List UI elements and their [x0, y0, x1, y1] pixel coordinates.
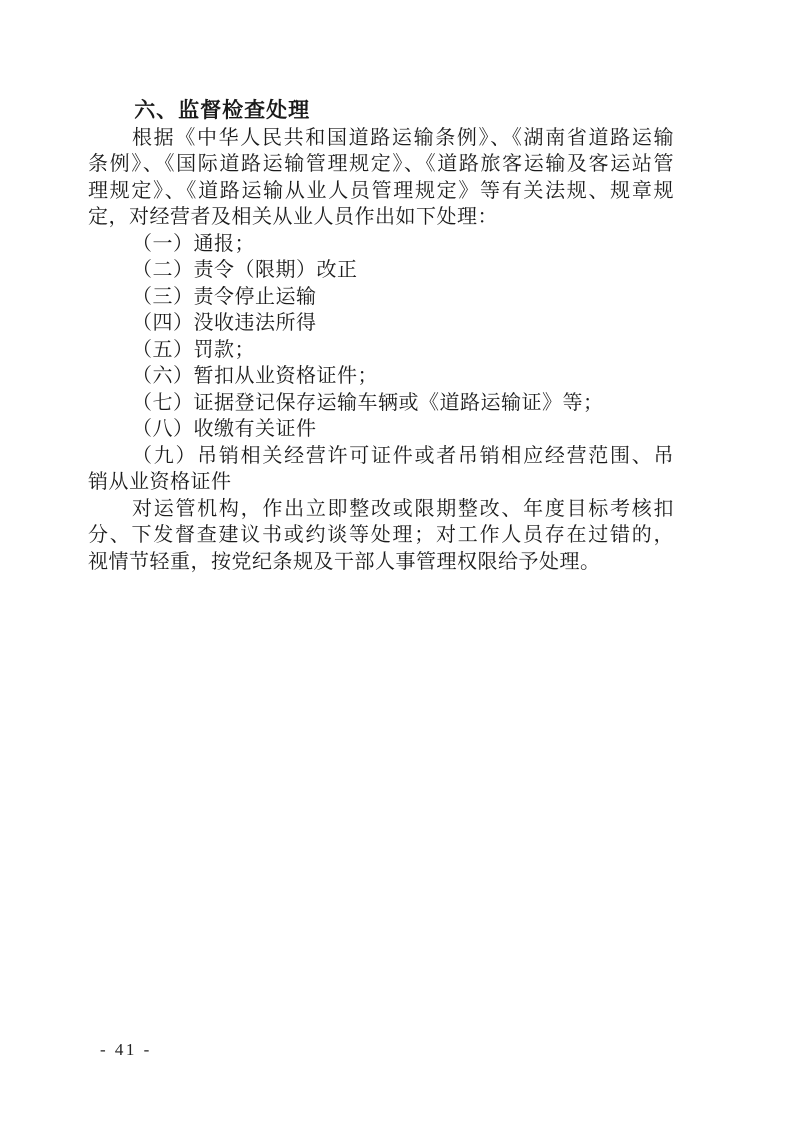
text-line: 对运管机构，作出立即整改或限期整改、年度目标考核扣	[88, 496, 674, 523]
document-page: 六、监督检查处理根据《中华人民共和国道路运输条例》、《湖南省道路运输条例》、《国…	[0, 0, 793, 1122]
text-line: 分、下发督查建议书或约谈等处理；对工作人员存在过错的，	[88, 522, 674, 549]
text-line: （四）没收违法所得	[88, 310, 674, 337]
text-line: （八）收缴有关证件	[88, 416, 674, 443]
text-line: （六）暂扣从业资格证件；	[88, 363, 674, 390]
text-line: 定，对经营者及相关从业人员作出如下处理：	[88, 204, 674, 231]
text-line: 视情节轻重，按党纪条规及干部人事管理权限给予处理。	[88, 549, 674, 576]
text-line: （二）责令（限期）改正	[88, 257, 674, 284]
text-line: 根据《中华人民共和国道路运输条例》、《湖南省道路运输	[88, 125, 674, 152]
text-line: 销从业资格证件	[88, 469, 674, 496]
text-line: （一）通报；	[88, 231, 674, 258]
section-heading: 六、监督检查处理	[88, 98, 674, 125]
text-line: （七）证据登记保存运输车辆或《道路运输证》等；	[88, 390, 674, 417]
text-line: （五）罚款；	[88, 337, 674, 364]
text-line: （三）责令停止运输	[88, 284, 674, 311]
text-line: （九）吊销相关经营许可证件或者吊销相应经营范围、吊	[88, 443, 674, 470]
document-text-block: 六、监督检查处理根据《中华人民共和国道路运输条例》、《湖南省道路运输条例》、《国…	[88, 98, 674, 575]
text-line: 条例》、《国际道路运输管理规定》、《道路旅客运输及客运站管	[88, 151, 674, 178]
text-line: 理规定》、《道路运输从业人员管理规定》等有关法规、规章规	[88, 178, 674, 205]
page-number: - 41 -	[100, 1040, 152, 1060]
